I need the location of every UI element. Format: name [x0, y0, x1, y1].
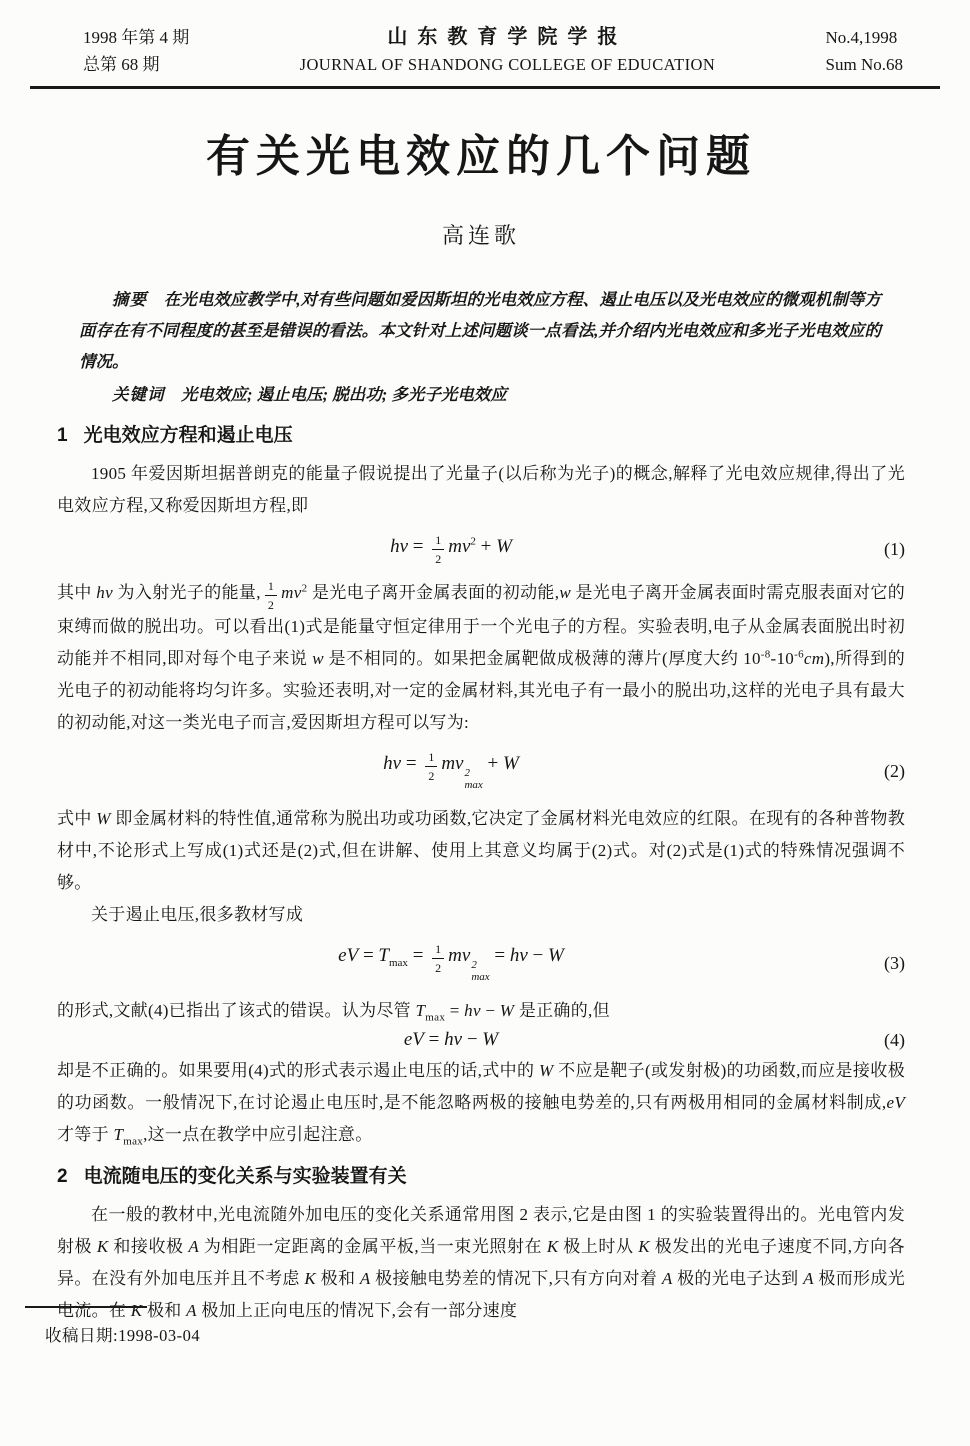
- equation: eV = Tmax = 12mv2max = hν − W(3): [57, 943, 905, 983]
- equation-number: (2): [845, 761, 905, 782]
- author-name: 高连歌: [57, 219, 905, 250]
- keywords-text: 光电效应; 遏止电压; 脱出功; 多光子光电效应: [181, 385, 507, 404]
- journal-title-cn: 山东教育学院学报: [189, 24, 825, 51]
- equation-number: (1): [845, 539, 905, 560]
- equation-body: eV = Tmax = 12mv2max = hν − W: [57, 943, 845, 983]
- equation-body: hν = 12mv2max + W: [57, 751, 845, 791]
- article-body: 1光电效应方程和遏止电压1905 年爱因斯坦据普朗克的能量子假说提出了光量子(以…: [57, 422, 905, 1327]
- keywords-label: 关键词: [112, 385, 165, 404]
- paragraph: 1905 年爱因斯坦据普朗克的能量子假说提出了光量子(以后称为光子)的概念,解释…: [57, 458, 905, 522]
- fraction: 12: [432, 943, 444, 974]
- journal-title-en: JOURNAL OF SHANDONG COLLEGE OF EDUCATION: [189, 51, 825, 78]
- fraction: 12: [432, 534, 444, 565]
- footnote-rule: [25, 1306, 147, 1308]
- footnote: 收稿日期:1998-03-04: [25, 1306, 200, 1346]
- journal-page: 1998 年第 4 期 总第 68 期 山东教育学院学报 JOURNAL OF …: [0, 0, 970, 1446]
- equation-body: eV = hν − W: [57, 1029, 845, 1051]
- sup-sub-stack: 2max: [464, 768, 482, 791]
- fraction: 12: [265, 580, 277, 611]
- received-date: 收稿日期:1998-03-04: [45, 1322, 200, 1346]
- journal-header: 1998 年第 4 期 总第 68 期 山东教育学院学报 JOURNAL OF …: [57, 24, 905, 78]
- article-title: 有关光电效应的几个问题: [57, 131, 905, 183]
- abstract-text: 在光电效应教学中,对有些问题如爱因斯坦的光电效应方程、遏止电压以及光电效应的微观…: [79, 290, 881, 371]
- issue-info-en: No.4,1998 Sum No.68: [826, 24, 903, 78]
- paragraph: 关于遏止电压,很多教材写成: [57, 899, 905, 931]
- keywords-line: 关键词光电效应; 遏止电压; 脱出功; 多光子光电效应: [79, 379, 881, 410]
- journal-masthead: 山东教育学院学报 JOURNAL OF SHANDONG COLLEGE OF …: [189, 24, 825, 78]
- paragraph: 的形式,文献(4)已指出了该式的错误。认为尽管 Tmax = hν − W 是正…: [57, 995, 905, 1027]
- paragraph: 式中 W 即金属材料的特性值,通常称为脱出功或功函数,它决定了金属材料光电效应的…: [57, 803, 905, 899]
- issue-number-en: No.4,1998: [826, 24, 903, 51]
- header-rule: [30, 86, 940, 89]
- section-title: 光电效应方程和遏止电压: [84, 425, 293, 446]
- equation: hν = 12mv2 + W(1): [57, 534, 905, 565]
- section-heading: 2电流随电压的变化关系与实验装置有关: [57, 1163, 905, 1191]
- paragraph: 其中 hν 为入射光子的能量,12mv2 是光电子离开金属表面的初动能,w 是光…: [57, 577, 905, 739]
- abstract-paragraph: 摘要在光电效应教学中,对有些问题如爱因斯坦的光电效应方程、遏止电压以及光电效应的…: [79, 284, 881, 377]
- abstract-block: 摘要在光电效应教学中,对有些问题如爱因斯坦的光电效应方程、遏止电压以及光电效应的…: [79, 284, 881, 410]
- cumulative-issue-cn: 总第 68 期: [83, 51, 189, 78]
- issue-info-cn: 1998 年第 4 期 总第 68 期: [83, 24, 189, 78]
- equation-body: hν = 12mv2 + W: [57, 534, 845, 565]
- abstract-label: 摘要: [112, 290, 147, 309]
- issue-number-cn: 1998 年第 4 期: [83, 24, 189, 51]
- section-title: 电流随电压的变化关系与实验装置有关: [84, 1166, 407, 1187]
- section-heading: 1光电效应方程和遏止电压: [57, 422, 905, 450]
- equation-number: (3): [845, 953, 905, 974]
- sup-sub-stack: 2max: [471, 960, 489, 983]
- paragraph: 却是不正确的。如果要用(4)式的形式表示遏止电压的话,式中的 W 不应是靶子(或…: [57, 1055, 905, 1151]
- equation: eV = hν − W(4): [57, 1029, 905, 1051]
- equation-number: (4): [845, 1030, 905, 1051]
- fraction: 12: [425, 751, 437, 782]
- cumulative-issue-en: Sum No.68: [826, 51, 903, 78]
- equation: hν = 12mv2max + W(2): [57, 751, 905, 791]
- section-number: 1: [57, 425, 68, 446]
- section-number: 2: [57, 1166, 68, 1187]
